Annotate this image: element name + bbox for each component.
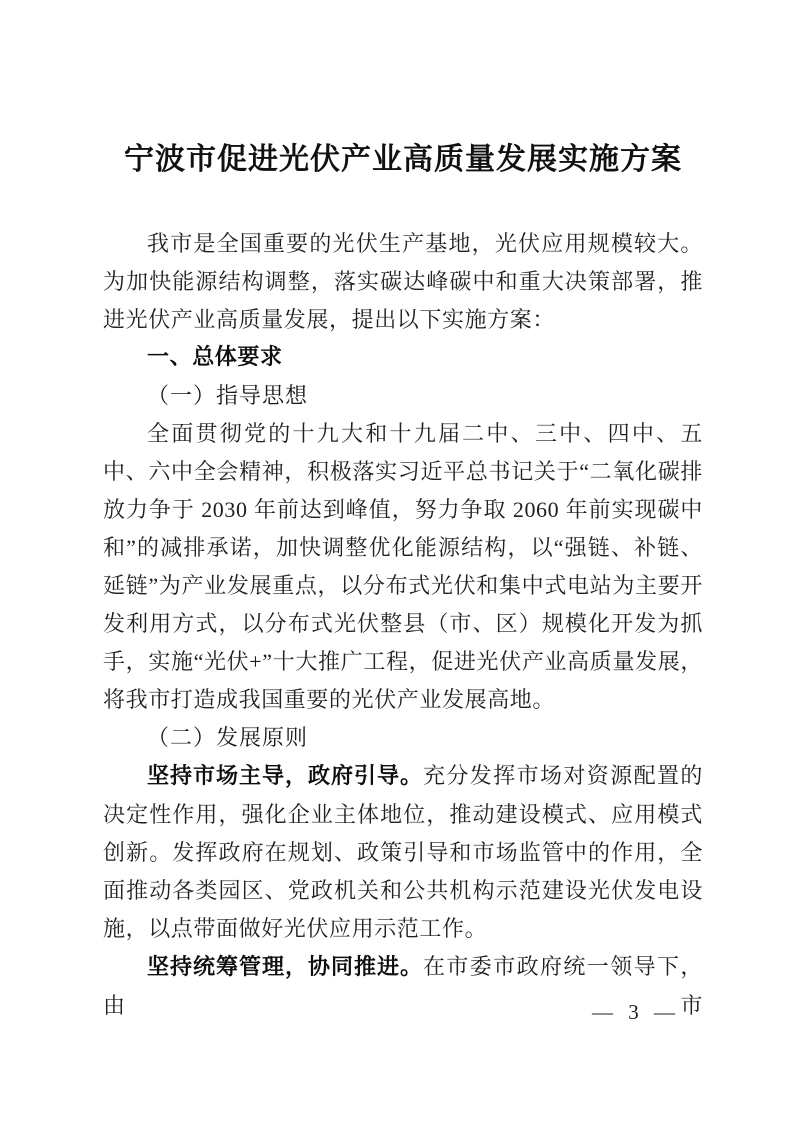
section-heading-overall-requirements: 一、总体要求 [103, 339, 703, 377]
principle-lead-coordinated-management: 坚持统筹管理，协同推进。 [147, 955, 423, 980]
subsection-heading-guiding-ideology: （一）指导思想 [103, 377, 703, 415]
subsection-heading-development-principles: （二）发展原则 [103, 719, 703, 757]
principle-lead-market-led: 坚持市场主导，政府引导。 [147, 764, 423, 789]
document-page: 宁波市促进光伏产业高质量发展实施方案 我市是全国重要的光伏生产基地，光伏应用规模… [0, 0, 794, 1123]
page-number: — 3 — [592, 1000, 680, 1024]
document-title: 宁波市促进光伏产业高质量发展实施方案 [103, 140, 703, 180]
intro-paragraph: 我市是全国重要的光伏生产基地，光伏应用规模较大。为加快能源结构调整，落实碳达峰碳… [103, 225, 703, 339]
principle-body-market-led: 充分发挥市场对资源配置的决定性作用，强化企业主体地位，推动建设模式、应用模式创新… [103, 763, 703, 941]
principle-paragraph-market-led: 坚持市场主导，政府引导。充分发挥市场对资源配置的决定性作用，强化企业主体地位，推… [103, 757, 703, 948]
guiding-ideology-paragraph: 全面贯彻党的十九大和十九届二中、三中、四中、五中、六中全会精神，积极落实习近平总… [103, 415, 703, 719]
